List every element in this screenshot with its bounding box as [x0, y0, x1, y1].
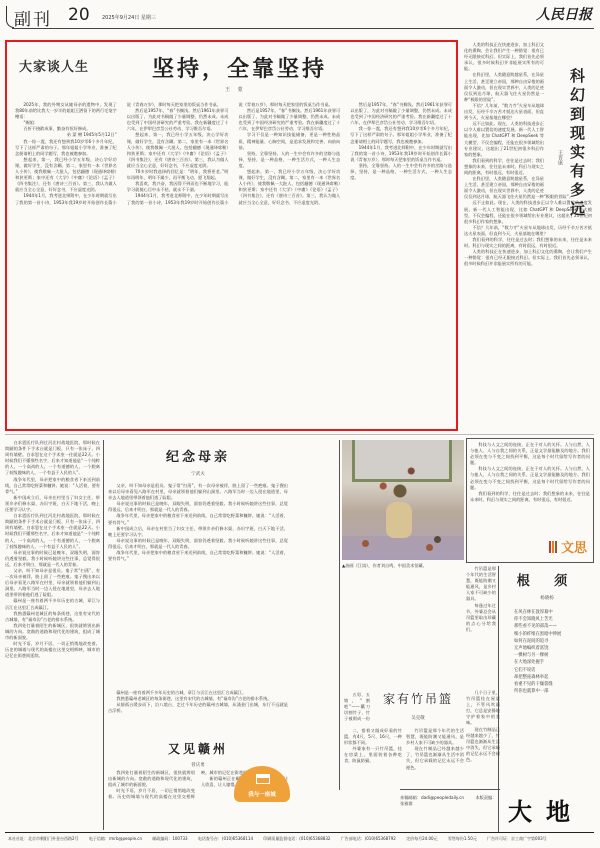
- scifi-article[interactable]: 人类的科技正在快速进步，加上科幻文化的熏陶，会让我们产生一种错觉：很有已经无限接…: [462, 40, 594, 431]
- painting-flowers: [372, 456, 428, 506]
- paragraph: 我们看到的科学，往往是过去时；我们想象的未来，往往是未来时。科幻与现实之间的距离…: [464, 237, 592, 249]
- books-icon: [549, 541, 559, 553]
- mother-article[interactable]: 纪念母亲 宁武夫 父亲，叫不知母亲是很员。鬼子常“扫荡”，有一次母亲被俘，脸上留…: [108, 440, 288, 690]
- genxu-poem[interactable]: 根 须 杨晓杨 在风在林在敦厚幕中 你不会知晓风上苦光 那些看不见的部落—— 细…: [500, 570, 594, 695]
- column-name: 大家谈人生: [19, 60, 89, 75]
- paragraph: 时光不语，岁月不居，一切正悄悄地改变着。历史的城墙与现代的高楼在这里交相辉映，城…: [5, 641, 100, 659]
- paragraph: 1944年1月，我考进北师附中，在少年时期就写出了我的第一首小诗，1953年我1…: [350, 145, 452, 163]
- footer-rule: [5, 832, 594, 833]
- section-name: 副刊: [14, 5, 52, 30]
- feature-article[interactable]: 大家谈人生 坚持，全靠坚持 王 蒙 2025年，我的外甥女从她母亲的遗物中，发现…: [5, 40, 458, 431]
- poem-title: 根 须: [500, 570, 594, 589]
- paragraph: 2025年，我的外甥女从她母亲的遗物中，发现了我80年前给比我大一岁半的姐姐王洒…: [15, 102, 117, 120]
- wensi-logo: 文思: [549, 537, 587, 556]
- paragraph: 赣州是一座有着两千多年历史的古城，章江与贡江在这里汇合成赣江。: [5, 598, 100, 610]
- paragraph: 母亲说这事的时候已是晚年，双眼失明，面容仍透着坚毅。我小时候听她讲这些往事，总觉…: [108, 538, 288, 550]
- paragraph: 我四处打量着陌生的新城区，很快就辨别出新城的方向。宽敞的道路和现代化的建筑，组成…: [5, 623, 100, 641]
- ganzhou-title: 又见赣州: [108, 740, 288, 757]
- paragraph: 然后是1957年，“春”书搁浅。然后1961年获罪可以出版了，为此对书稿做了少量…: [350, 102, 452, 126]
- scifi-title: 科幻到现实有多远: [568, 68, 588, 220]
- wensi-body: 科技与人文之间的连接，正在于对人的关怀。人与自然、人与他人、人与自我之间的关系，…: [470, 442, 590, 527]
- bamboo-right-column: 几个日子里，竹吊篮挂在屋梁上，不管风吹雨打，它总是安静地守护着家中的美味。 现在…: [466, 690, 500, 780]
- scifi-author: 王晋康: [557, 150, 564, 165]
- paragraph: 我喜欢，我兴奋，我因得不到而也不断地学习，能学习就使心目中永不枯，就永不干涸。: [127, 181, 229, 193]
- bamboo-body: 二，搭着又做成好看的竹篮，有4尺、5尺、16尺，一种形状都不同。 外婆家有一只竹…: [344, 728, 464, 778]
- painting-vase: [386, 502, 412, 538]
- paragraph: 父亲，叫不知母亲是很员。鬼子常“扫荡”，有一次母亲被俘，脸上留了一些疤痕。鬼子搜…: [5, 568, 100, 598]
- page-number: 20: [68, 5, 90, 25]
- house-icon: [256, 774, 270, 784]
- paragraph: 然后是1957年，“春”书搁浅。然后1961年获罪可以出版了，为此对书稿做了少量…: [127, 108, 229, 132]
- mother-author: 宁武夫: [108, 471, 288, 477]
- paragraph: 不信？几年前，“数力寺”火星车从地球出发，历经千辛万苦才抵达火星表面，但直到今天…: [464, 225, 592, 237]
- ganzhou-intro: 赣州是一座有着两千多年历史的古城，章江与贡江在这里汇合成赣江。 我熟悉赣州老城区…: [108, 690, 288, 736]
- issue-date: 2025年9月24日 星期三: [102, 14, 156, 21]
- paragraph: 坚持，全靠坚持。人的一生中会有许多的岔路与选择，坚持，是一种品格，一种生活方式，…: [239, 151, 341, 169]
- article-body: 2025年，我的外甥女从她母亲的遗物中，发现了我80年前给比我大一岁半的姐姐王洒…: [15, 102, 452, 426]
- oil-painting-image: [342, 440, 464, 560]
- mother-title: 纪念母亲: [108, 446, 288, 465]
- footer-email[interactable]: 电子信箱：rmrb@people.cn: [89, 836, 142, 841]
- painting-caption: ▲油画《江岚》，作者刘自鸣，中国美术馆藏。: [342, 563, 467, 569]
- poem-author: 杨晓杨: [500, 595, 594, 601]
- newspaper-logo: 人民日报: [536, 4, 592, 24]
- paragraph: 战争年代里，母亲把家中的粮食省下来送到前线，自己常常吃野菜和糠饼。她说：“人活着…: [108, 550, 288, 562]
- masthead-bracket: [6, 6, 14, 28]
- paragraph: 坚持，全靠坚持。人的一生中会有许多的岔路与选择，坚持，是一种品格，一种生活方式，…: [350, 163, 452, 181]
- bamboo-article[interactable]: 家有竹吊篮 吴克敬: [344, 690, 464, 721]
- paragraph: 白求恩医疗队到过河北村战地医院，那时候在简陋的条件下手术台就是门板，只有一张床子…: [5, 440, 100, 477]
- section-divider: [5, 434, 594, 435]
- bamboo-author: 吴克敬: [372, 715, 464, 721]
- paragraph: 父亲，叫不知母亲是很员。鬼子常“扫荡”，有一次母亲被俘，脸上留了一些疤痕。鬼子搜…: [108, 483, 288, 501]
- paragraph: 母亲说这事的时候已是晚年，双眼失明，面容仍透着坚毅。我小时候听她讲这些往事，总觉…: [108, 501, 288, 513]
- mother-body: 父亲，叫不知母亲是很员。鬼子常“扫荡”，有一次母亲被俘，脸上留了一些疤痕。鬼子搜…: [108, 483, 288, 683]
- paragraph: 我一惊一震，我还有想到我10岁零6个多月年纪，写下了这样严肃的句子。那年姐姐小学…: [350, 126, 452, 144]
- paragraph: 战争年代里，母亲把家中的粮食省下来送到前线，自己常常吃野菜和糠饼。她说：“人活着…: [5, 477, 100, 495]
- paragraph: 新中国成立后，母亲在村里当了妇女主任，带领乡亲们修水渠、办识字班，白天下地干活，…: [5, 495, 100, 513]
- poem-lines: 在风在林在敦厚幕中 你不会知晓风上苦光 那些看不见的部落—— 细小的纤维在黑暗中…: [500, 609, 594, 695]
- paragraph: 我一惊一震，我还有想到我10岁零6个多月年纪，写下了这样严肃的句子。那年姐姐小学…: [15, 139, 117, 157]
- paragraph: 想起来，第一，我已经小学五年级，决心学好功课，做好学生，没有含糊。第二，家里有一…: [127, 132, 229, 169]
- paragraph: 白求恩医疗队到过河北村战地医院，那时候在简陋的条件下手术台就是门板，只有一张床子…: [5, 513, 100, 550]
- paragraph: 想起来，第一，我已经小学五年级，决心学好功课，做好学生，没有含糊。第二，家里有一…: [15, 157, 117, 194]
- paragraph: 母亲说这事的时候已是晚年，双眼失明，面容仍透着坚毅。我小时候听她讲这些往事，总觉…: [5, 550, 100, 568]
- article-headline: 坚持，全靠坚持: [152, 52, 327, 83]
- contact-info: 来稿邮箱：dadi@peopledaily.cn 本版责编：张雅群: [400, 789, 500, 807]
- paragraph: 想起来，第一，我已经小学五年级，决心学好功课，做好学生，没有含糊。第二，家里有一…: [239, 169, 341, 206]
- paragraph: 我熟悉赣州老城区的每条街巷，这里有宋代的古城墙，有“福寿沟”古老的排水系统。: [5, 611, 100, 623]
- column-separator: [339, 440, 340, 790]
- ganzhou-article[interactable]: 又见赣州 曾庆勇: [108, 740, 288, 768]
- column-logo: 大家谈人生: [19, 56, 89, 75]
- masthead: 副刊 20 2025年9月24日 星期三 人民日报: [6, 4, 594, 30]
- paragraph: 战争年代里，母亲把家中的粮食省下来送到前线，自己常常吃野菜和糠饼。她说：“人活着…: [108, 513, 288, 525]
- supplement-logo-dadi: 大地: [508, 792, 584, 827]
- paragraph: 学习不仅是一种知识技能储备，更是一种性格品质、精神能量、心胸空间，是追求发展和完…: [239, 132, 341, 150]
- article-byline: 王 蒙: [225, 86, 246, 93]
- footer: 本社社址：北京市朝阳门外金台西路2号 电子信箱：rmrb@people.cn 邮…: [8, 836, 594, 842]
- paragraph: 然后是1957年，“春”书搁浅。然后1961年获罪可以出版了，为此对书稿做了少量…: [239, 108, 341, 132]
- masthead-rule: [12, 28, 594, 29]
- wensi-box[interactable]: 科技与人文之间的连接，正在于对人的关怀。人与自然、人与他人、人与自我之间的关系，…: [466, 438, 594, 563]
- left-column-continuation: 白求恩医疗队到过河北村战地医院，那时候在简陋的条件下手术台就是门板，只有一张床子…: [5, 440, 100, 803]
- bamboo-title: 家有竹吊篮: [372, 690, 464, 707]
- paragraph: 新中国成立后，母亲在村里当了妇女主任，带领乡亲们修水渠、办识字班，白天下地干活，…: [108, 526, 288, 538]
- submission-email[interactable]: 来稿邮箱：dadi@peopledaily.cn: [400, 795, 464, 800]
- paragraph: 70多岁时我选择的回忆是：“明年，我将更老。”明年再明年，明年不属少，再平衡飞动…: [127, 169, 229, 181]
- paragraph: 人类的科技正在快速进步，加上科幻文化的熏陶，会让我们产生一种错觉：很有已经无限接…: [464, 249, 592, 267]
- column-separator: [103, 440, 104, 830]
- bamboo-continuation: 竹吊篮是那个年代的生活智慧，既能防潮又能通风，是乡村人家不可缺少的器具。 每逢过…: [466, 566, 496, 686]
